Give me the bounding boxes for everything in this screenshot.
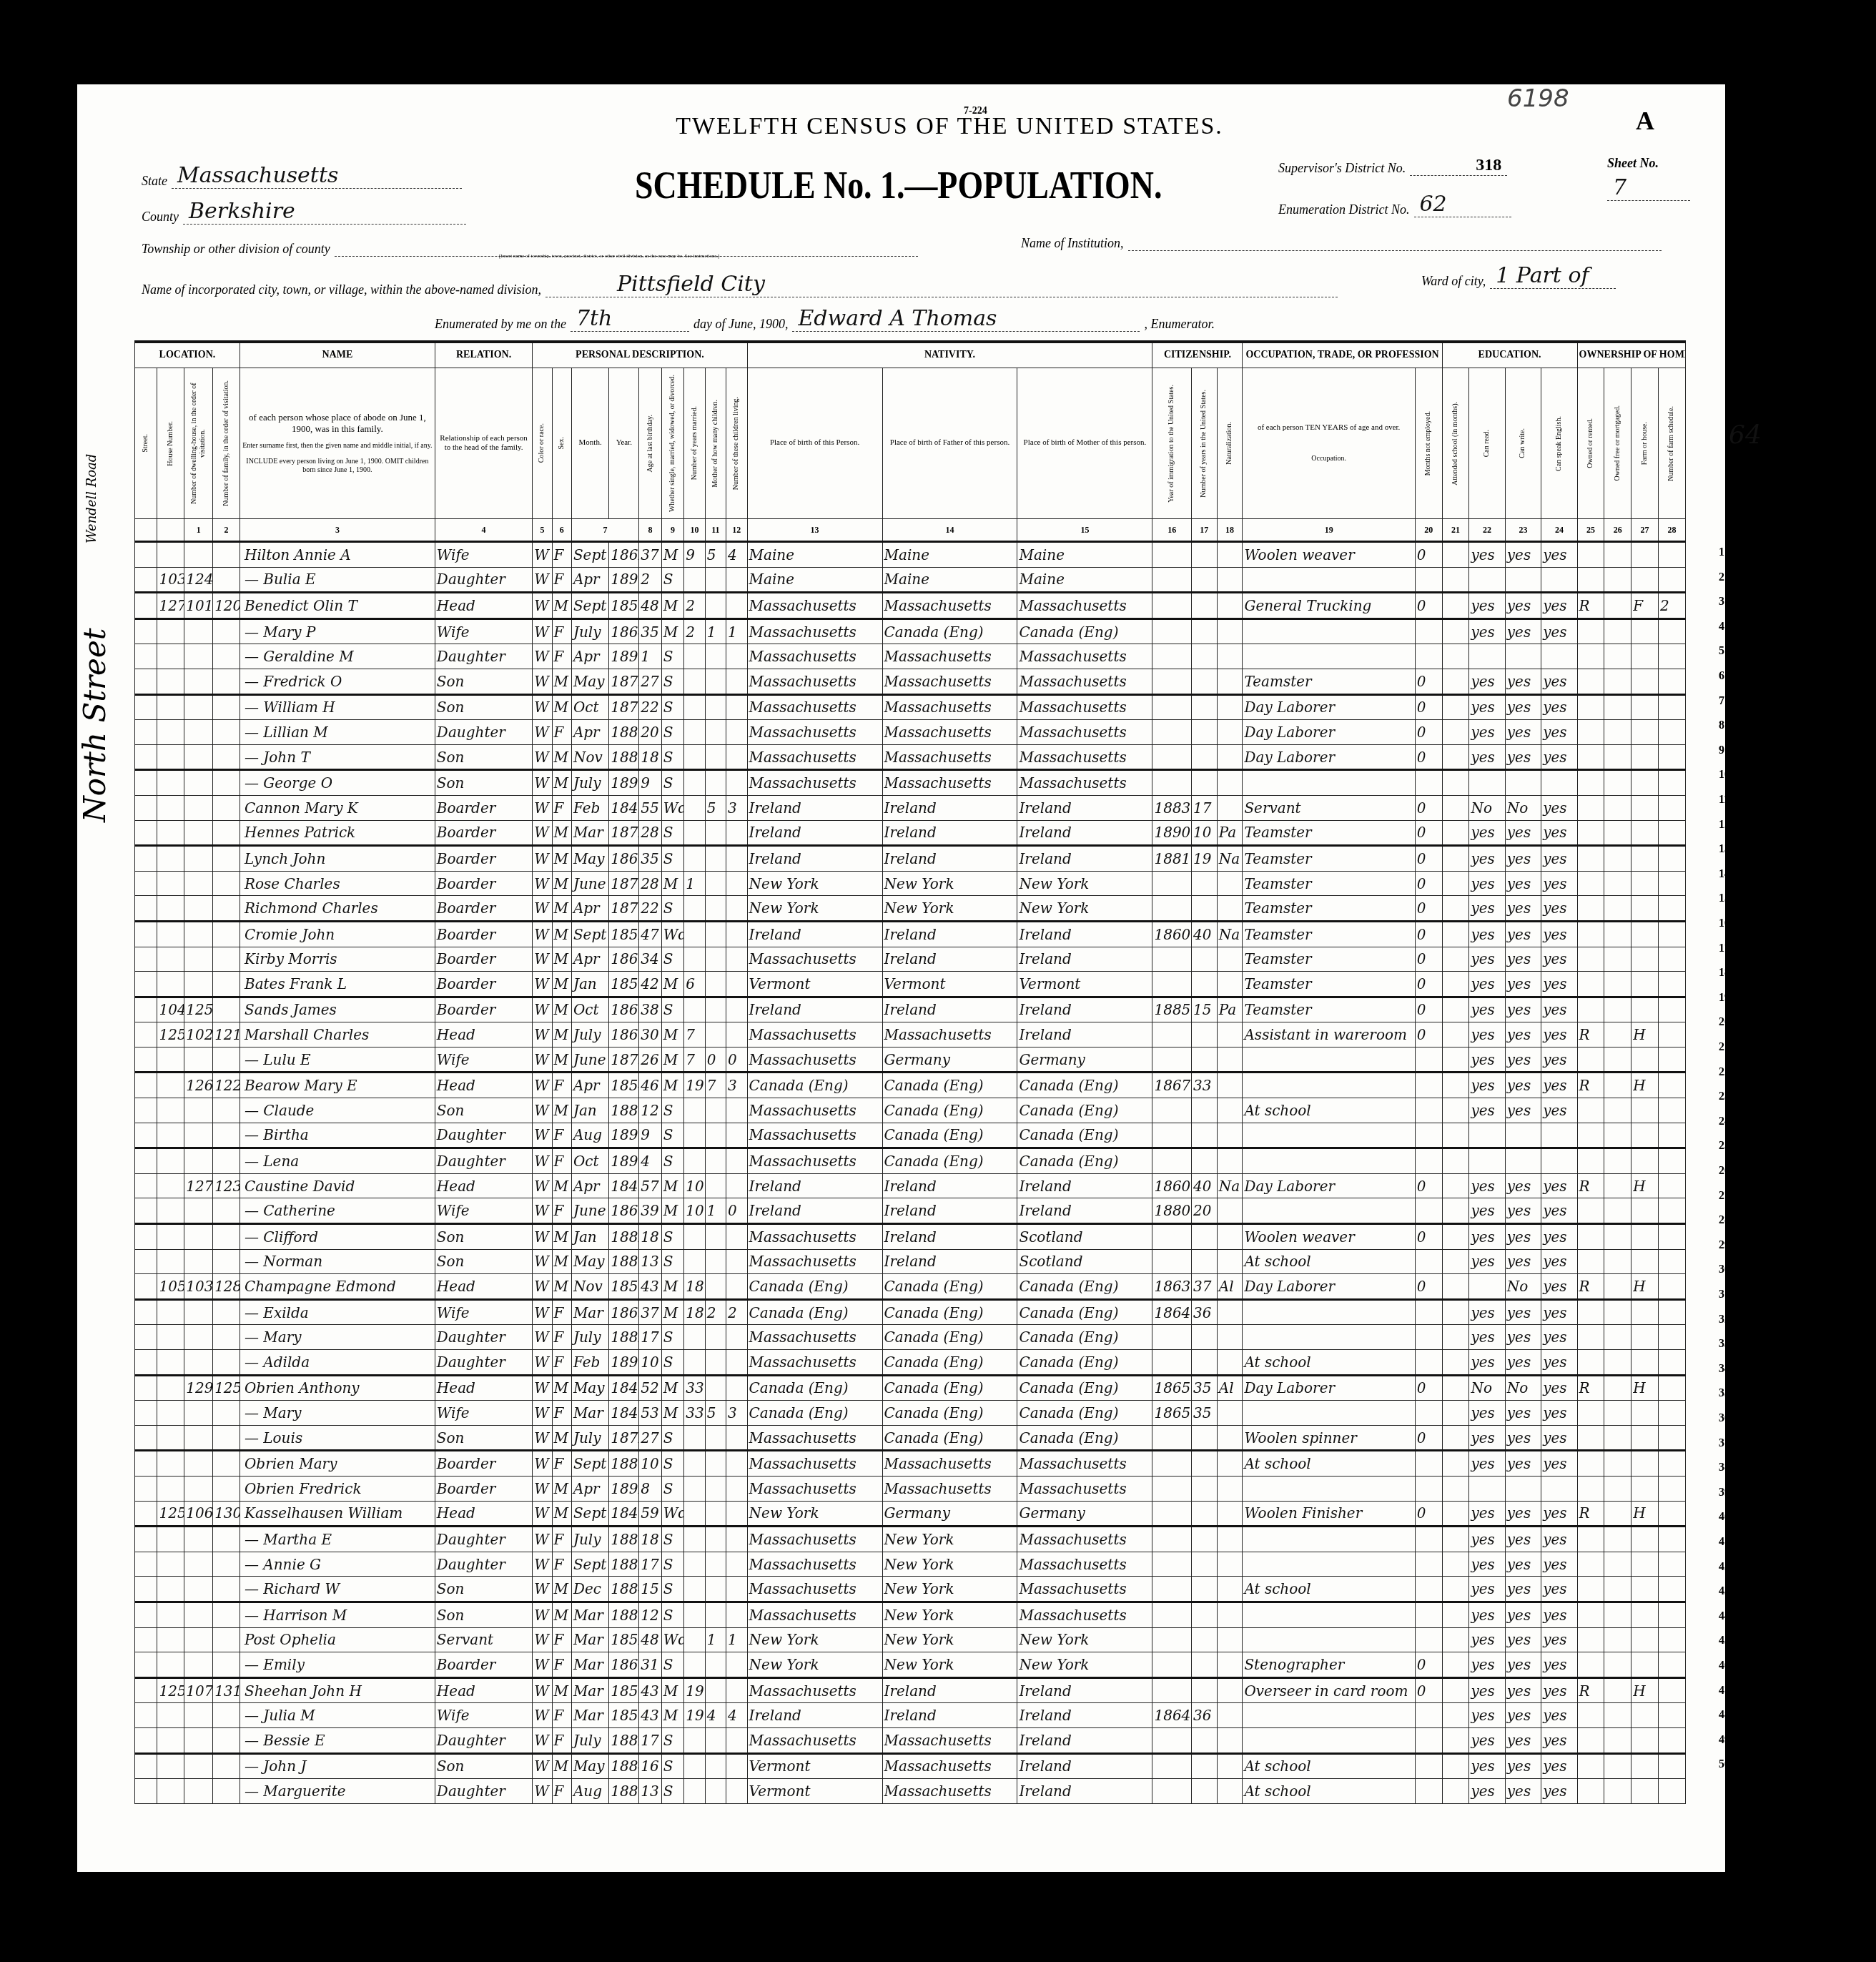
col-num: 12 xyxy=(726,519,747,542)
cell-yrs-us: 15 xyxy=(1192,997,1218,1022)
cell-speak: yes xyxy=(1541,1727,1577,1753)
page-title: TWELFTH CENSUS OF THE UNITED STATES. xyxy=(520,113,1378,140)
cell-unemp xyxy=(1415,1325,1442,1350)
cell-nat xyxy=(1217,644,1243,669)
col-num: 3 xyxy=(240,519,435,542)
cell-unemp xyxy=(1415,567,1442,593)
cell-name: — Lillian M xyxy=(240,720,435,745)
cell-yrs-married: 2 xyxy=(684,618,705,644)
cell-school xyxy=(1442,1779,1469,1804)
cell-yrs-us xyxy=(1192,1527,1218,1552)
cell-relation: Daughter xyxy=(435,1148,532,1174)
cell-mother-of xyxy=(705,1577,726,1602)
cell-write: yes xyxy=(1505,1677,1541,1703)
cell-school xyxy=(1442,1350,1469,1376)
cell-relation: Son xyxy=(435,744,532,770)
cell-unemp xyxy=(1415,1198,1442,1224)
cell-mother-of xyxy=(705,567,726,593)
cell-year: 1877 xyxy=(609,694,639,720)
cell-color: W xyxy=(533,1173,552,1198)
cell-street xyxy=(135,1299,157,1325)
cell-yrs-married xyxy=(684,947,705,972)
cell-year: 1889 xyxy=(609,1451,639,1477)
cell-color: W xyxy=(533,1727,552,1753)
cell-read xyxy=(1469,770,1505,796)
cell-family xyxy=(213,947,240,972)
cell-relation: Son xyxy=(435,694,532,720)
cell-nat xyxy=(1217,618,1243,644)
cell-unemp xyxy=(1415,1476,1442,1501)
cell-read: yes xyxy=(1469,1401,1505,1426)
cell-yrs-us xyxy=(1192,1047,1218,1073)
cell-age: 31 xyxy=(639,1652,661,1678)
cell-color: W xyxy=(533,1652,552,1678)
cell-sched xyxy=(1658,921,1685,947)
cell-occupation xyxy=(1243,1123,1415,1148)
cell-yrs-us: 20 xyxy=(1192,1198,1218,1224)
cell-yrs-us xyxy=(1192,1425,1218,1451)
cell-marital: S xyxy=(661,1527,683,1552)
cell-living xyxy=(726,720,747,745)
cell-sex: F xyxy=(552,618,571,644)
cell-mother: Ireland xyxy=(1017,947,1152,972)
line-number: 48 xyxy=(1719,1709,1730,1722)
cell-father: Canada (Eng) xyxy=(882,1425,1017,1451)
cell-occupation: Day Laborer xyxy=(1243,744,1415,770)
cell-write: yes xyxy=(1505,1022,1541,1047)
col-num: 5 xyxy=(533,519,552,542)
cell-house xyxy=(157,1148,184,1174)
enumerator-name: Edward A Thomas xyxy=(792,306,1140,332)
cell-age: 37 xyxy=(639,1299,661,1325)
cell-mother: Ireland xyxy=(1017,921,1152,947)
cell-write: yes xyxy=(1505,720,1541,745)
census-rows: Hilton Annie AWifeWFSept186237M954MaineM… xyxy=(135,542,1686,1804)
enumerated-prefix: Enumerated by me on the xyxy=(435,317,566,332)
cell-family xyxy=(213,1527,240,1552)
cell-free xyxy=(1604,896,1631,922)
cell-street xyxy=(135,846,157,872)
cell-street xyxy=(135,1249,157,1274)
cell-year: 1878 xyxy=(609,896,639,922)
cell-yrs-married: 6 xyxy=(684,972,705,997)
cell-yrs-us xyxy=(1192,1577,1218,1602)
cell-living xyxy=(726,1779,747,1804)
cell-school xyxy=(1442,770,1469,796)
cell-sex: M xyxy=(552,1173,571,1198)
cell-read: yes xyxy=(1469,1451,1505,1477)
cell-speak: yes xyxy=(1541,1652,1577,1678)
cell-name: Hilton Annie A xyxy=(240,542,435,568)
cell-color: W xyxy=(533,972,552,997)
cell-house xyxy=(157,1249,184,1274)
table-row: 105103128 / 124Champagne EdmondHeadWMNov… xyxy=(135,1274,1686,1300)
cell-yrs-married xyxy=(684,1476,705,1501)
cell-own: R xyxy=(1577,1501,1604,1527)
cell-family xyxy=(213,871,240,896)
cell-living: 0 xyxy=(726,1198,747,1224)
cell-school xyxy=(1442,1098,1469,1123)
cell-unemp: 0 xyxy=(1415,1173,1442,1198)
cell-name: Marshall Charles xyxy=(240,1022,435,1047)
cell-living xyxy=(726,567,747,593)
cell-birth: Ireland xyxy=(747,1198,882,1224)
cell-street xyxy=(135,1425,157,1451)
table-row: — John JSonWMMay188416SVermontMassachuse… xyxy=(135,1753,1686,1779)
cell-living xyxy=(726,1527,747,1552)
cell-birth: Massachusetts xyxy=(747,1476,882,1501)
cell-write: yes xyxy=(1505,1552,1541,1577)
cell-speak: yes xyxy=(1541,1627,1577,1652)
cell-family xyxy=(213,1425,240,1451)
cell-nat xyxy=(1217,744,1243,770)
cell-name: — Mary xyxy=(240,1401,435,1426)
cell-sched xyxy=(1658,947,1685,972)
line-number: 49 xyxy=(1719,1734,1730,1747)
cell-dwelling xyxy=(184,1476,213,1501)
cell-birth: Massachusetts xyxy=(747,1527,882,1552)
cell-sex: F xyxy=(552,1451,571,1477)
cell-birth: Massachusetts xyxy=(747,744,882,770)
cell-yrs-married xyxy=(684,644,705,669)
cell-read: yes xyxy=(1469,820,1505,846)
cell-own: R xyxy=(1577,593,1604,619)
cell-mother: Canada (Eng) xyxy=(1017,1123,1152,1148)
cell-living: 3 xyxy=(726,1401,747,1426)
cell-read: yes xyxy=(1469,744,1505,770)
cell-age: 9 xyxy=(639,1123,661,1148)
cell-farm xyxy=(1631,846,1659,872)
cell-color: W xyxy=(533,770,552,796)
cell-occupation xyxy=(1243,1627,1415,1652)
cell-speak: yes xyxy=(1541,1501,1577,1527)
cell-mother-of xyxy=(705,1375,726,1401)
cell-unemp: 0 xyxy=(1415,947,1442,972)
cell-school xyxy=(1442,1527,1469,1552)
cell-occupation: Day Laborer xyxy=(1243,1173,1415,1198)
cell-yrs-married xyxy=(684,1249,705,1274)
cell-mother-of xyxy=(705,1552,726,1577)
cell-school xyxy=(1442,1501,1469,1527)
cell-father: Germany xyxy=(882,1047,1017,1073)
cell-age: 22 xyxy=(639,896,661,922)
group-location: LOCATION. xyxy=(135,342,240,368)
cell-sex: F xyxy=(552,1325,571,1350)
cell-mother: Ireland xyxy=(1017,1198,1152,1224)
cell-occupation: Teamster xyxy=(1243,871,1415,896)
cell-farm xyxy=(1631,795,1659,820)
cell-family xyxy=(213,1325,240,1350)
cell-own xyxy=(1577,694,1604,720)
cell-sched xyxy=(1658,1627,1685,1652)
cell-mother: Canada (Eng) xyxy=(1017,1148,1152,1174)
col-num: 21 xyxy=(1442,519,1469,542)
cell-house xyxy=(157,1073,184,1098)
table-row: — Lulu EWifeWMJune187326M700Massachusett… xyxy=(135,1047,1686,1073)
cell-nat: Na xyxy=(1217,846,1243,872)
cell-living xyxy=(726,1552,747,1577)
cell-dwelling xyxy=(184,542,213,568)
cell-father: Massachusetts xyxy=(882,1476,1017,1501)
cell-mother-of xyxy=(705,1173,726,1198)
cell-living xyxy=(726,644,747,669)
cell-yrs-us xyxy=(1192,871,1218,896)
cell-family xyxy=(213,1652,240,1678)
cell-nat xyxy=(1217,1627,1243,1652)
cell-dwelling xyxy=(184,1602,213,1627)
cell-imm xyxy=(1152,1451,1192,1477)
cell-relation: Servant xyxy=(435,1627,532,1652)
cell-month: Mar xyxy=(571,1602,608,1627)
cell-living xyxy=(726,1652,747,1678)
cell-color: W xyxy=(533,846,552,872)
cell-speak: yes xyxy=(1541,997,1577,1022)
cell-family: 125 xyxy=(213,1375,240,1401)
cell-dwelling xyxy=(184,1325,213,1350)
cell-unemp: 0 xyxy=(1415,1652,1442,1678)
cell-father: New York xyxy=(882,896,1017,922)
cell-read: yes xyxy=(1469,542,1505,568)
cell-speak xyxy=(1541,1148,1577,1174)
cell-yrs-us xyxy=(1192,896,1218,922)
cell-father: Maine xyxy=(882,567,1017,593)
cell-farm xyxy=(1631,1148,1659,1174)
cell-year: 1861 xyxy=(609,997,639,1022)
cell-read: yes xyxy=(1469,1527,1505,1552)
cell-age: 34 xyxy=(639,947,661,972)
cell-age: 28 xyxy=(639,871,661,896)
cell-read: yes xyxy=(1469,1299,1505,1325)
cell-read: yes xyxy=(1469,1779,1505,1804)
cell-house xyxy=(157,972,184,997)
table-row: — Fredrick OSonWMMay187327SMassachusetts… xyxy=(135,669,1686,694)
cell-family xyxy=(213,972,240,997)
cell-mother: Massachusetts xyxy=(1017,1476,1152,1501)
cell-mother-of xyxy=(705,1022,726,1047)
cell-farm xyxy=(1631,1098,1659,1123)
cell-free xyxy=(1604,921,1631,947)
cell-birth: New York xyxy=(747,896,882,922)
cell-sex: M xyxy=(552,694,571,720)
cell-mother-of xyxy=(705,1727,726,1753)
line-number: 45 xyxy=(1719,1635,1730,1647)
cell-speak xyxy=(1541,770,1577,796)
cell-father: Germany xyxy=(882,1501,1017,1527)
cell-own xyxy=(1577,1098,1604,1123)
cell-occupation: Assistant in wareroom xyxy=(1243,1022,1415,1047)
cell-month: Oct xyxy=(571,997,608,1022)
cell-name: Caustine David xyxy=(240,1173,435,1198)
cell-own xyxy=(1577,542,1604,568)
cell-school xyxy=(1442,593,1469,619)
cell-nat xyxy=(1217,1350,1243,1376)
cell-name: — Louis xyxy=(240,1425,435,1451)
cell-relation: Boarder xyxy=(435,1476,532,1501)
cell-mother-of xyxy=(705,1779,726,1804)
cell-street xyxy=(135,1677,157,1703)
cell-father: Canada (Eng) xyxy=(882,1299,1017,1325)
cell-farm xyxy=(1631,618,1659,644)
cell-age: 22 xyxy=(639,694,661,720)
cell-relation: Daughter xyxy=(435,1779,532,1804)
line-number: 27 xyxy=(1719,1190,1730,1203)
cell-read: yes xyxy=(1469,871,1505,896)
cell-year: 1852 xyxy=(609,921,639,947)
supervisor-value: 318 xyxy=(1410,156,1507,176)
cell-school xyxy=(1442,1476,1469,1501)
cell-family xyxy=(213,1299,240,1325)
cell-own xyxy=(1577,1753,1604,1779)
cell-year: 1856 xyxy=(609,1274,639,1300)
cell-street xyxy=(135,972,157,997)
cell-yrs-us xyxy=(1192,1325,1218,1350)
cell-name: — Annie G xyxy=(240,1552,435,1577)
cell-farm xyxy=(1631,1652,1659,1678)
cell-relation: Wife xyxy=(435,1198,532,1224)
cell-name: Kasselhausen William xyxy=(240,1501,435,1527)
cell-nat xyxy=(1217,567,1243,593)
cell-dwelling xyxy=(184,1148,213,1174)
cell-father: Ireland xyxy=(882,1198,1017,1224)
cell-mother: Canada (Eng) xyxy=(1017,618,1152,644)
cell-marital: Wd xyxy=(661,1627,683,1652)
cell-house xyxy=(157,1224,184,1250)
cell-birth: Massachusetts xyxy=(747,1022,882,1047)
cell-father: Ireland xyxy=(882,1703,1017,1728)
schedule-title: SCHEDULE No. 1.—POPULATION. xyxy=(635,163,1162,207)
cell-read: yes xyxy=(1469,1627,1505,1652)
table-row: — CatherineWifeWFJune186039M1010IrelandI… xyxy=(135,1198,1686,1224)
cell-birth: Massachusetts xyxy=(747,1224,882,1250)
cell-birth: Vermont xyxy=(747,972,882,997)
cell-yrs-us: 17 xyxy=(1192,795,1218,820)
table-row: — LenaDaughterWFOct18954SMassachusettsCa… xyxy=(135,1148,1686,1174)
col-num: 20 xyxy=(1415,519,1442,542)
line-number: 12 xyxy=(1719,819,1730,832)
cell-farm xyxy=(1631,1753,1659,1779)
cell-nat xyxy=(1217,1527,1243,1552)
cell-name: — Martha E xyxy=(240,1527,435,1552)
cell-speak xyxy=(1541,1123,1577,1148)
cell-mother: Massachusetts xyxy=(1017,720,1152,745)
cell-sched xyxy=(1658,1476,1685,1501)
table-row: Cannon Mary KBoarderWFFeb184555Wd53Irela… xyxy=(135,795,1686,820)
cell-birth: Canada (Eng) xyxy=(747,1274,882,1300)
cell-free xyxy=(1604,593,1631,619)
cell-name: Benedict Olin T xyxy=(240,593,435,619)
table-row: — Bessie EDaughterWFJuly188217SMassachus… xyxy=(135,1727,1686,1753)
cell-house xyxy=(157,921,184,947)
cell-dwelling: 127 xyxy=(184,1173,213,1198)
cell-imm xyxy=(1152,567,1192,593)
cell-occupation: At school xyxy=(1243,1098,1415,1123)
cell-occupation: Teamster xyxy=(1243,947,1415,972)
cell-father: Maine xyxy=(882,542,1017,568)
cell-month: Mar xyxy=(571,1401,608,1426)
cell-imm xyxy=(1152,947,1192,972)
cell-nat xyxy=(1217,1224,1243,1250)
cell-sched xyxy=(1658,1451,1685,1477)
cell-dwelling: 106 / 104 xyxy=(184,1501,213,1527)
cell-street xyxy=(135,1727,157,1753)
cell-relation: Daughter xyxy=(435,1552,532,1577)
cell-father: New York xyxy=(882,1627,1017,1652)
cell-street xyxy=(135,1123,157,1148)
corner-annotation: 6198 xyxy=(1507,84,1569,113)
cell-marital: S xyxy=(661,744,683,770)
cell-house xyxy=(157,542,184,568)
cell-mother-of xyxy=(705,669,726,694)
table-row: — MaryDaughterWFJuly188217SMassachusetts… xyxy=(135,1325,1686,1350)
cell-family xyxy=(213,1123,240,1148)
col-num: 27 xyxy=(1631,519,1659,542)
cell-family xyxy=(213,542,240,568)
cell-own xyxy=(1577,997,1604,1022)
cell-house xyxy=(157,1047,184,1073)
cell-imm: 1890 xyxy=(1152,820,1192,846)
cell-age: 4 xyxy=(639,1148,661,1174)
cell-dwelling xyxy=(184,720,213,745)
cell-name: Cannon Mary K xyxy=(240,795,435,820)
cell-father: Ireland xyxy=(882,997,1017,1022)
cell-age: 59 xyxy=(639,1501,661,1527)
cell-sched xyxy=(1658,1073,1685,1098)
cell-nat xyxy=(1217,1401,1243,1426)
cell-mother: Canada (Eng) xyxy=(1017,1350,1152,1376)
cell-unemp: 0 xyxy=(1415,1224,1442,1250)
cell-age: 12 xyxy=(639,1098,661,1123)
cell-name: — Harrison M xyxy=(240,1602,435,1627)
cell-sex: M xyxy=(552,1022,571,1047)
cell-year: 1888 xyxy=(609,1098,639,1123)
cell-sex: M xyxy=(552,846,571,872)
cell-yrs-us: 40 xyxy=(1192,1173,1218,1198)
cell-age: 9 xyxy=(639,770,661,796)
cell-sex: M xyxy=(552,820,571,846)
cell-occupation: Servant xyxy=(1243,795,1415,820)
cell-name: — George O xyxy=(240,770,435,796)
cell-year: 1892 xyxy=(609,1476,639,1501)
cell-farm xyxy=(1631,1224,1659,1250)
cell-own xyxy=(1577,1476,1604,1501)
cell-sched xyxy=(1658,1224,1685,1250)
cell-sex: F xyxy=(552,1703,571,1728)
state-field: State Massachusetts xyxy=(142,163,462,189)
cell-unemp xyxy=(1415,1552,1442,1577)
col-name-note1: Enter surname first, then the given name… xyxy=(242,442,433,450)
cell-write: yes xyxy=(1505,1602,1541,1627)
state-label: State xyxy=(142,174,167,189)
cell-yrs-married xyxy=(684,1779,705,1804)
cell-name: — Geraldine M xyxy=(240,644,435,669)
cell-relation: Boarder xyxy=(435,846,532,872)
city-field: Name of incorporated city, town, or vill… xyxy=(142,272,1338,297)
cell-year: 1882 xyxy=(609,1325,639,1350)
cell-father: Canada (Eng) xyxy=(882,1401,1017,1426)
col-family: Number of family, in the order of visita… xyxy=(222,380,231,506)
cell-mother: Maine xyxy=(1017,567,1152,593)
cell-living xyxy=(726,1425,747,1451)
cell-free xyxy=(1604,997,1631,1022)
table-row: — Mary PWifeWFJuly186435M211Massachusett… xyxy=(135,618,1686,644)
cell-dwelling xyxy=(184,1224,213,1250)
cell-free xyxy=(1604,820,1631,846)
cell-occupation xyxy=(1243,1325,1415,1350)
cell-living xyxy=(726,1173,747,1198)
cell-speak: yes xyxy=(1541,1425,1577,1451)
cell-nat: Pa xyxy=(1217,820,1243,846)
cell-relation: Wife xyxy=(435,1299,532,1325)
